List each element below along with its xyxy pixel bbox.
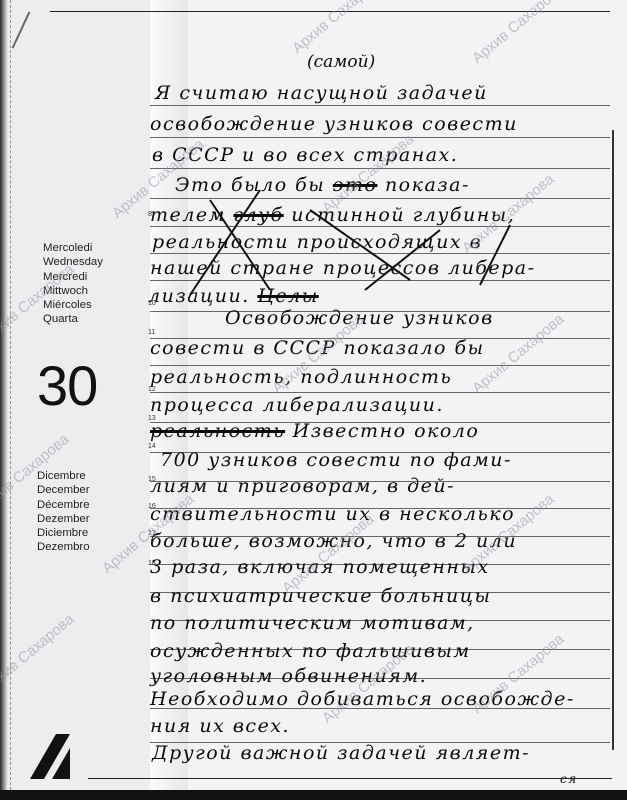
month-es: Diciembre (37, 526, 90, 540)
ruled-line (150, 253, 610, 254)
text-run: ния их всех. (150, 715, 290, 737)
handwritten-line: в СССР и во всех странах. (152, 144, 458, 166)
handwritten-line: совести в СССР показало бы (150, 337, 485, 359)
month-fr: Décembre (37, 498, 90, 512)
ruled-line (150, 280, 610, 281)
text-run: Это было бы (175, 174, 333, 196)
handwritten-line: нашей стране процессов либера- (150, 257, 536, 279)
text-run: Известно около (285, 420, 479, 442)
text-run: телем (150, 204, 233, 226)
text-run: нашей стране процессов либера- (150, 257, 536, 279)
ruled-line (150, 392, 610, 393)
handwritten-line: Другой важной задачей являет- (152, 742, 530, 764)
text-run: осужденных по фальшивым (150, 640, 471, 662)
handwritten-line: реальности происходящих в (152, 231, 482, 253)
handwritten-line: телем глуб истинной глубины, (150, 204, 515, 226)
weekday-en: Wednesday (43, 255, 103, 269)
handwritten-line: Это было бы это показа- (175, 174, 470, 196)
scan-border (0, 790, 627, 800)
month-en: December (37, 483, 90, 497)
struck-word: глуб (233, 204, 283, 226)
watermark: Архив Сахарова (289, 0, 387, 57)
text-run: больше, возможно, что в 2 или (150, 530, 517, 552)
ruled-line (150, 137, 610, 138)
publisher-logo-icon (30, 734, 80, 779)
handwritten-line: ся (560, 768, 578, 790)
weekday-pt: Quarta (43, 312, 103, 326)
handwritten-line: по политическим мотивам, (150, 612, 475, 634)
struck-word: реальность (150, 420, 285, 442)
text-run: Я считаю насущной задачей (155, 82, 488, 104)
handwritten-line: Я считаю насущной задачей (155, 82, 488, 104)
text-run: освобождение узников совести (150, 113, 518, 135)
handwritten-line: процесса либерализации. (150, 394, 444, 416)
text-run: Освобождение узников (225, 307, 494, 329)
handwritten-line: Освобождение узников (225, 307, 494, 329)
text-run: лиям и приговорам, в дей- (150, 475, 455, 497)
diary-page: Mercoledi Wednesday Mercredi Mittwoch Mi… (0, 0, 627, 790)
handwritten-line: лиям и приговорам, в дей- (150, 475, 455, 497)
handwritten-line: освобождение узников совести (150, 113, 518, 135)
text-run: 700 узников совести по фами- (160, 449, 512, 471)
insertion-word: (самой) (307, 52, 375, 72)
ruled-line (150, 226, 610, 227)
hour-marker: 14 (148, 443, 156, 450)
text-run: совести в СССР показало бы (150, 337, 485, 359)
text-run: реальность, подлинность (150, 366, 452, 388)
text-run: в СССР и во всех странах. (152, 144, 458, 166)
text-run: показа- (377, 174, 470, 196)
text-run: истинной глубины, (284, 204, 516, 226)
day-number: 30 (37, 358, 97, 414)
ruled-line (150, 198, 610, 199)
text-run: ся (560, 772, 578, 786)
text-run: Другой важной задачей являет- (152, 742, 530, 764)
month-it: Dicembre (37, 469, 90, 483)
handwritten-line: реальность Известно около (150, 420, 479, 442)
weekday-it: Mercoledi (43, 241, 103, 255)
handwritten-line: реальность, подлинность (150, 366, 452, 388)
ruled-line (150, 168, 610, 169)
handwritten-line: ния их всех. (150, 715, 290, 737)
hour-marker: 11 (148, 329, 155, 336)
month-de: Dezember (37, 512, 90, 526)
text-run: реальности происходящих в (152, 231, 482, 253)
handwritten-line: в психиатрические больницы (150, 585, 491, 607)
handwritten-line: осужденных по фальшивым (150, 640, 471, 662)
month-names: Dicembre December Décembre Dezember Dici… (37, 469, 90, 555)
right-margin-line (612, 130, 614, 750)
perforation-line (10, 0, 12, 790)
handwritten-line: больше, возможно, что в 2 или (150, 530, 517, 552)
month-pt: Dezembro (37, 540, 90, 554)
handwritten-line: 700 узников совести по фами- (160, 449, 512, 471)
weekday-es: Miércoles (43, 298, 103, 312)
text-run: Необходимо добиваться освобожде- (150, 688, 575, 710)
text-run: 3 раза, включая помещенных (150, 556, 490, 578)
text-run: лизации. (148, 285, 257, 307)
text-run: процесса либерализации. (150, 394, 444, 416)
handwritten-line: Необходимо добиваться освобожде- (150, 688, 575, 710)
ruled-line (150, 105, 610, 106)
text-run: ствительности их в несколько (150, 503, 515, 525)
weekday-fr: Mercredi (43, 270, 103, 284)
struck-word: это (333, 174, 378, 196)
struck-word: Целы (257, 285, 318, 307)
handwritten-line: 3 раза, включая помещенных (150, 556, 490, 578)
weekday-de: Mittwoch (43, 284, 103, 298)
text-run: по политическим мотивам, (150, 612, 475, 634)
text-run: уголовным обвинениям. (150, 665, 427, 687)
handwritten-line: ствительности их в несколько (150, 503, 515, 525)
weekday-names: Mercoledi Wednesday Mercredi Mittwoch Mi… (43, 241, 103, 327)
handwritten-line: уголовным обвинениям. (150, 665, 427, 687)
scan-edge-shadow (0, 0, 8, 790)
top-rule (50, 11, 610, 12)
bottom-rule (88, 778, 612, 779)
handwritten-line: лизации. Целы (148, 285, 319, 307)
text-run: в психиатрические больницы (150, 585, 491, 607)
